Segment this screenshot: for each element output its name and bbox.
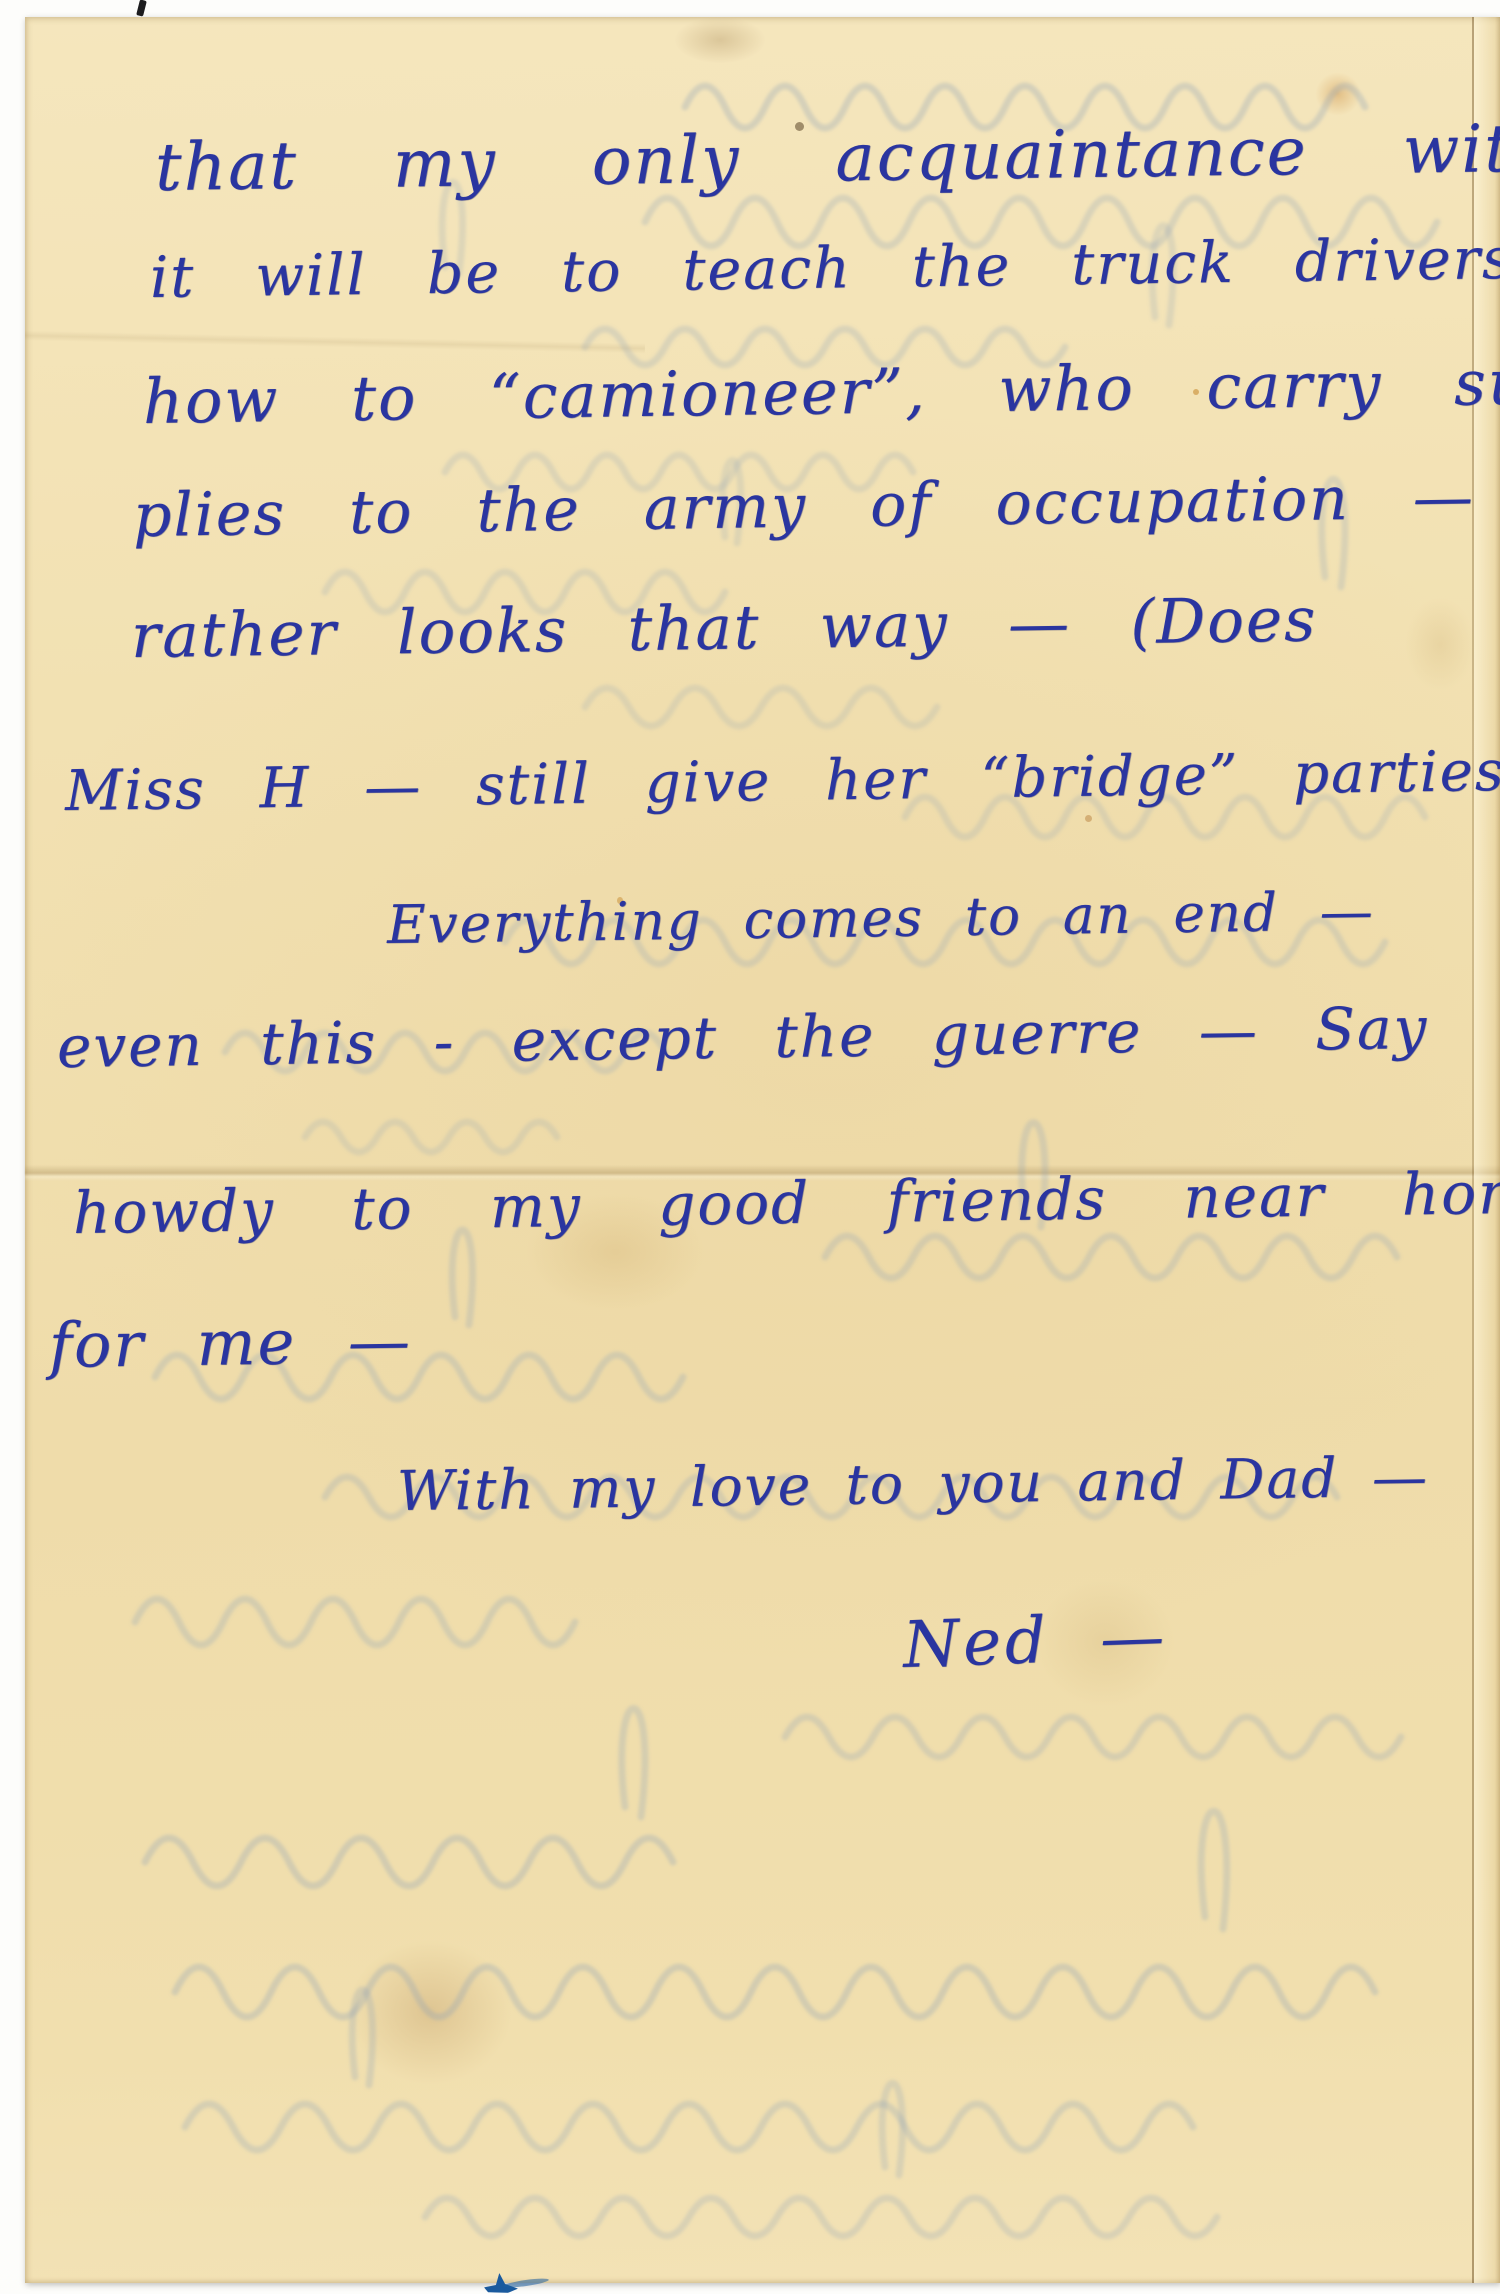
scanned-letter: that my only acquaintance with it will b… — [0, 0, 1500, 2294]
signature: Ned — — [902, 1600, 1170, 1683]
letter-line-10: for me — — [48, 1304, 412, 1382]
letter-paper: that my only acquaintance with it will b… — [25, 17, 1500, 2283]
pen-mark — [136, 0, 147, 17]
